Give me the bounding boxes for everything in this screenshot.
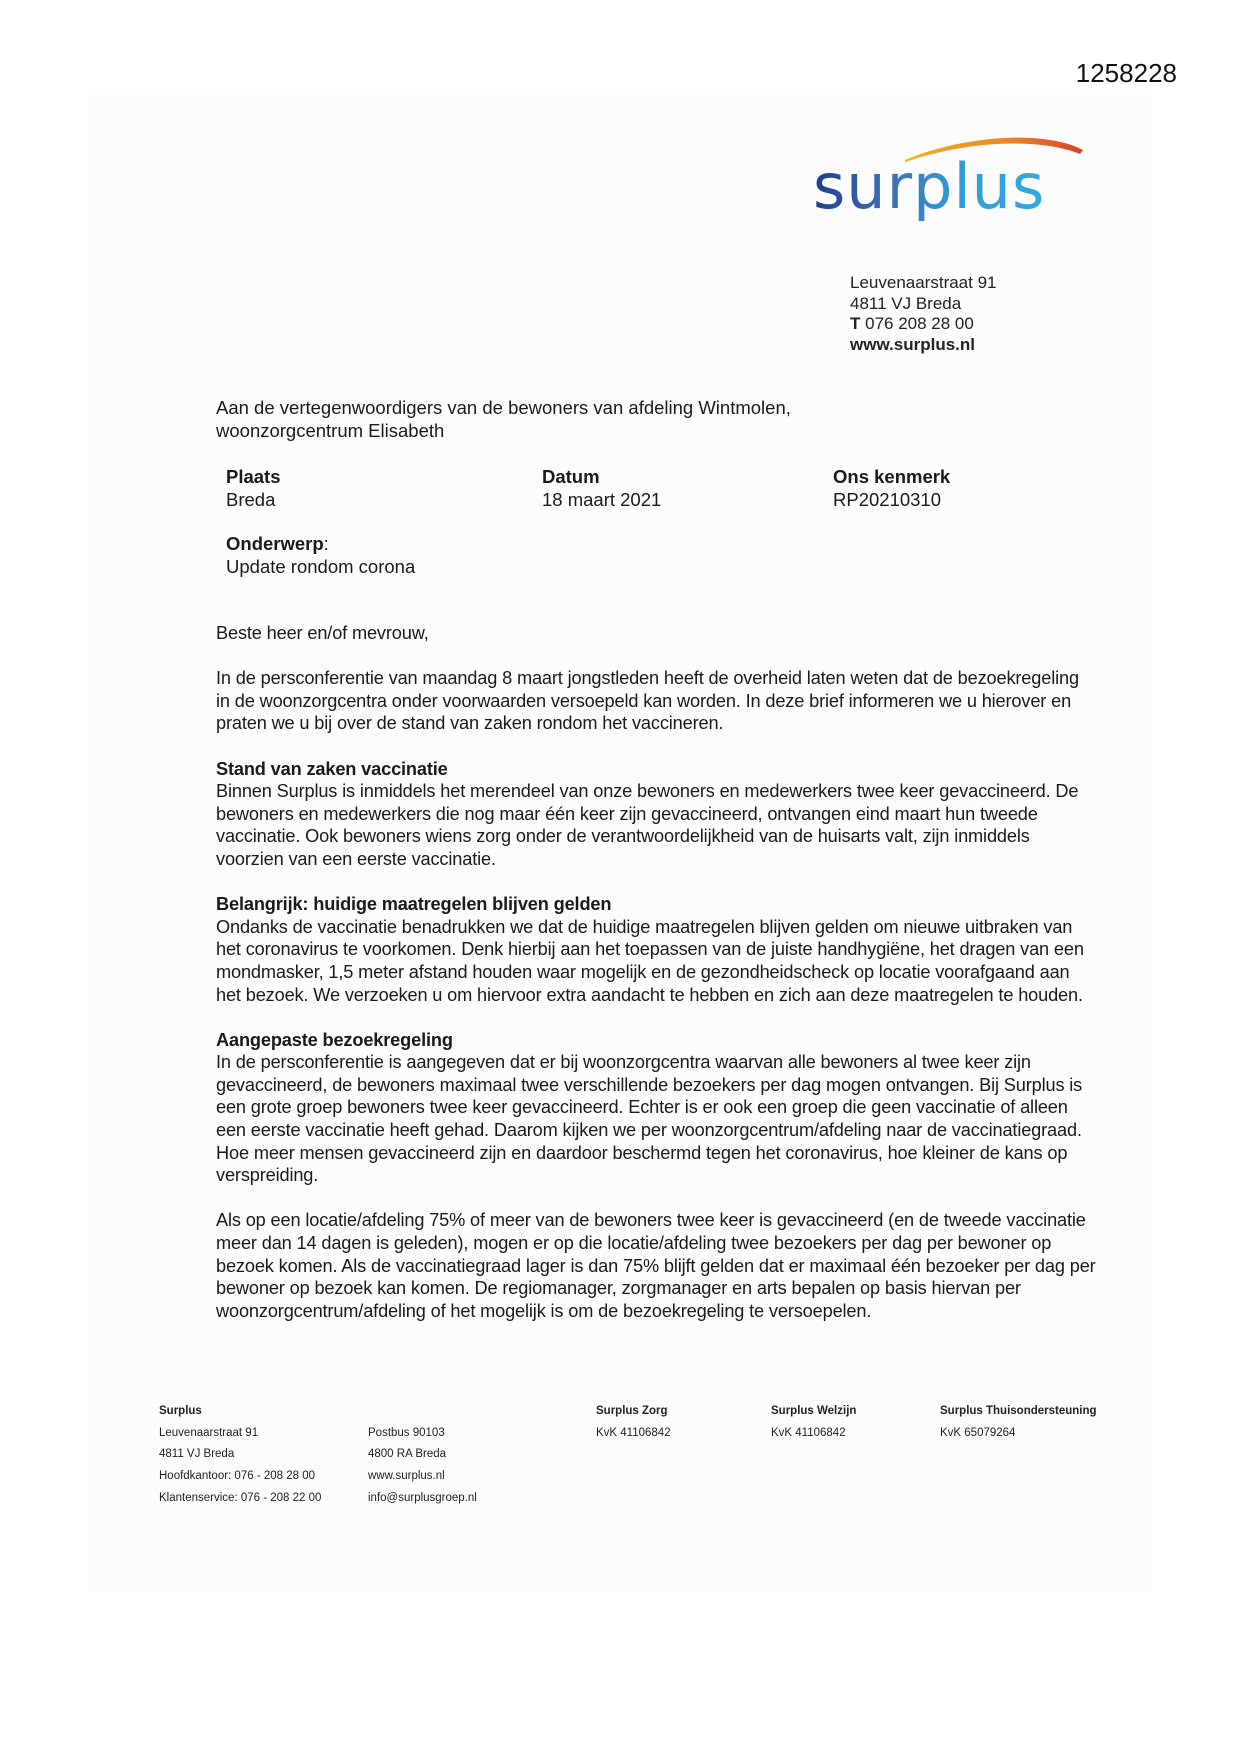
- section-text: Ondanks de vaccinatie benadrukken we dat…: [216, 917, 1084, 1005]
- footer-surplus-title: Surplus: [159, 1401, 321, 1423]
- recipient-line-1: Aan de vertegenwoordigers van de bewoner…: [216, 397, 791, 420]
- datum-value: 18 maart 2021: [542, 488, 661, 511]
- recipient-block: Aan de vertegenwoordigers van de bewoner…: [216, 397, 791, 442]
- kenmerk-value: RP20210310: [833, 488, 950, 511]
- sender-street: Leuvenaarstraat 91: [850, 273, 997, 294]
- intro-paragraph: In de persconferentie van maandag 8 maar…: [216, 667, 1096, 735]
- footer-zorg-kvk: KvK 41106842: [596, 1423, 671, 1445]
- plaats-label: Plaats: [226, 465, 281, 488]
- section-heading: Belangrijk: huidige maatregelen blijven …: [216, 893, 1096, 916]
- meta-datum: Datum 18 maart 2021: [542, 465, 661, 511]
- salutation: Beste heer en/of mevrouw,: [216, 622, 1096, 645]
- footer-postal-city: 4811 VJ Breda: [159, 1444, 321, 1466]
- datum-label: Datum: [542, 465, 661, 488]
- section-text: Binnen Surplus is inmiddels het merendee…: [216, 781, 1078, 869]
- footer-welzijn-title: Surplus Welzijn: [771, 1401, 856, 1423]
- plaats-value: Breda: [226, 488, 281, 511]
- footer-thuisondersteuning: Surplus Thuisondersteuning KvK 65079264: [940, 1401, 1097, 1444]
- recipient-line-2: woonzorgcentrum Elisabeth: [216, 420, 791, 443]
- svg-text:surplus: surplus: [813, 150, 1045, 223]
- kenmerk-label: Ons kenmerk: [833, 465, 950, 488]
- sender-address: Leuvenaarstraat 91 4811 VJ Breda T 076 2…: [850, 273, 997, 355]
- footer-welzijn-kvk: KvK 41106842: [771, 1423, 856, 1445]
- footer-surplus: Surplus Leuvenaarstraat 91 4811 VJ Breda…: [159, 1401, 321, 1510]
- surplus-logo: surplus: [805, 130, 1095, 240]
- meta-onderwerp: Onderwerp: Update rondom corona: [226, 532, 415, 578]
- sender-website[interactable]: www.surplus.nl: [850, 335, 997, 356]
- onderwerp-value: Update rondom corona: [226, 555, 415, 578]
- section-bezoekregeling: Aangepaste bezoekregeling In de persconf…: [216, 1029, 1096, 1187]
- footer-website[interactable]: www.surplus.nl: [368, 1466, 477, 1488]
- footer-hoofdkantoor: Hoofdkantoor: 076 - 208 28 00: [159, 1466, 321, 1488]
- footer-welzijn: Surplus Welzijn KvK 41106842: [771, 1401, 856, 1444]
- sender-phone: 076 208 28 00: [865, 314, 974, 333]
- section-text: In de persconferentie is aangegeven dat …: [216, 1052, 1082, 1185]
- meta-plaats: Plaats Breda: [226, 465, 281, 511]
- footer-thuis-title: Surplus Thuisondersteuning: [940, 1401, 1097, 1423]
- section-heading: Stand van zaken vaccinatie: [216, 758, 1096, 781]
- footer-email[interactable]: info@surplusgroep.nl: [368, 1488, 477, 1510]
- sender-phone-line: T 076 208 28 00: [850, 314, 997, 335]
- footer-postal: Postbus 90103 4800 RA Breda www.surplus.…: [368, 1423, 477, 1510]
- section-heading: Aangepaste bezoekregeling: [216, 1029, 1096, 1052]
- document-id: 1258228: [1076, 58, 1177, 89]
- letter-body: Beste heer en/of mevrouw, In de persconf…: [216, 622, 1096, 1345]
- onderwerp-label: Onderwerp: [226, 533, 324, 554]
- phone-label: T: [850, 314, 860, 333]
- section-vaccinatie: Stand van zaken vaccinatie Binnen Surplu…: [216, 758, 1096, 871]
- footer-klantenservice: Klantenservice: 076 - 208 22 00: [159, 1488, 321, 1510]
- meta-kenmerk: Ons kenmerk RP20210310: [833, 465, 950, 511]
- section-maatregelen: Belangrijk: huidige maatregelen blijven …: [216, 893, 1096, 1006]
- footer-thuis-kvk: KvK 65079264: [940, 1423, 1097, 1445]
- surplus-logo-icon: surplus: [805, 130, 1095, 240]
- closing-paragraph: Als op een locatie/afdeling 75% of meer …: [216, 1209, 1096, 1322]
- footer-zorg: Surplus Zorg KvK 41106842: [596, 1401, 671, 1444]
- footer-street: Leuvenaarstraat 91: [159, 1423, 321, 1445]
- footer-postbus: Postbus 90103: [368, 1423, 477, 1445]
- sender-postal-city: 4811 VJ Breda: [850, 294, 997, 315]
- footer-zorg-title: Surplus Zorg: [596, 1401, 671, 1423]
- footer-postbus-city: 4800 RA Breda: [368, 1444, 477, 1466]
